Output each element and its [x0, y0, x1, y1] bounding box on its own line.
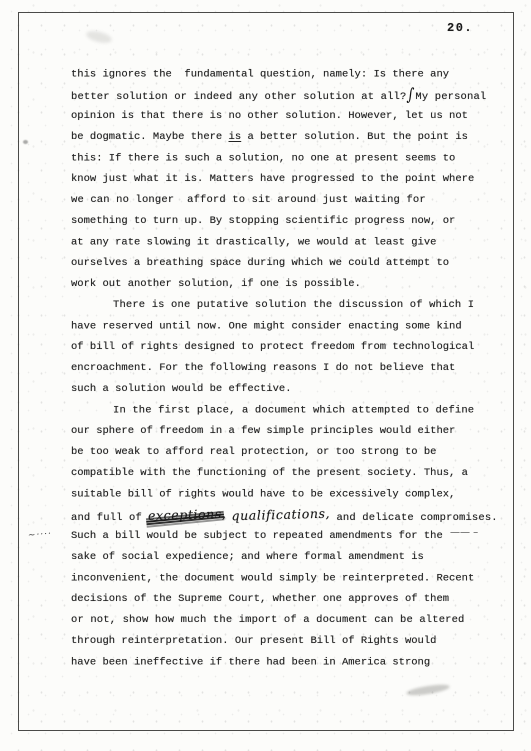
text-line: our sphere of freedom in a few simple pr… [71, 421, 471, 442]
text-line: something to turn up. By stopping scient… [71, 211, 471, 232]
text-line: and full of exceptions, qualifications, … [71, 505, 471, 526]
typewritten-text: and full of [71, 512, 148, 524]
typewritten-text: Such a bill would be subject to repeated… [71, 530, 443, 542]
typewritten-text: suitable bill of rights would have to be… [71, 488, 455, 500]
page-number: 20. [447, 21, 473, 35]
text-line: at any rate slowing it drastically, we w… [71, 232, 471, 253]
text-line: better solution or indeed any other solu… [71, 85, 471, 106]
typewritten-text: My personal [415, 91, 486, 103]
text-line: ourselves a breathing space during which… [71, 253, 471, 274]
underlined-text: is [229, 131, 242, 143]
typewritten-text: be too weak to afford real protection, o… [71, 446, 436, 458]
text-line: be dogmatic. Maybe there is a better sol… [71, 127, 471, 148]
handwritten-annotation: exceptions, [148, 503, 227, 526]
typewritten-text: opinion is that there is no other soluti… [71, 110, 468, 122]
text-line: There is one putative solution the discu… [71, 295, 471, 316]
text-line: we can no longer afford to sit around ju… [71, 190, 471, 211]
typewritten-text: or not, show how much the import of a do… [71, 614, 465, 626]
typewritten-text: this: If there is such a solution, no on… [71, 152, 455, 164]
typewritten-text: such a solution would be effective. [71, 383, 292, 395]
text-line: know just what it is. Matters have progr… [71, 169, 471, 190]
typewritten-text: our sphere of freedom in a few simple pr… [71, 425, 455, 437]
typewritten-text: be dogmatic. Maybe there [71, 131, 229, 143]
typewritten-text: decisions of the Supreme Court, whether … [71, 593, 449, 605]
typewritten-text: inconvenient, the document would simply … [71, 572, 474, 584]
scan-smudge [85, 29, 113, 45]
text-line: this: If there is such a solution, no on… [71, 148, 471, 169]
typewritten-text: through reinterpretation. Our present Bi… [71, 635, 436, 647]
text-line: be too weak to afford real protection, o… [71, 442, 471, 463]
handwritten-annotation: qualifications, [227, 503, 331, 527]
text-line: inconvenient, the document would simply … [71, 568, 471, 589]
handwritten-margin-mark-left: ~···· [28, 529, 53, 541]
document-text: this ignores the fundamental question, n… [71, 64, 471, 673]
typewritten-text: at any rate slowing it drastically, we w… [71, 236, 436, 248]
typewritten-text: There is one putative solution the discu… [113, 299, 474, 311]
typewritten-text: In the first place, a document which att… [113, 404, 474, 416]
typewritten-text: of bill of rights designed to protect fr… [71, 341, 474, 353]
typewritten-text: encroachment. For the following reasons … [71, 362, 455, 374]
typewritten-text: something to turn up. By stopping scient… [71, 215, 455, 227]
text-line: In the first place, a document which att… [71, 400, 471, 421]
text-line: of bill of rights designed to protect fr… [71, 337, 471, 358]
typewritten-text: sake of social expedience; and where for… [71, 551, 424, 563]
typewritten-text: a better solution. But the point is [241, 131, 468, 143]
typewritten-text: this ignores the fundamental question, n… [71, 68, 449, 80]
text-line: compatible with the functioning of the p… [71, 463, 471, 484]
typewritten-text: compatible with the functioning of the p… [71, 467, 468, 479]
text-line: work out another solution, if one is pos… [71, 274, 471, 295]
text-line: have been ineffective if there had been … [71, 652, 471, 673]
text-line: suitable bill of rights would have to be… [71, 484, 471, 505]
text-line: decisions of the Supreme Court, whether … [71, 589, 471, 610]
scanned-typewritten-page: 20. this ignores the fundamental questio… [0, 0, 531, 751]
typewritten-text: we can no longer afford to sit around ju… [71, 194, 426, 206]
text-line: encroachment. For the following reasons … [71, 358, 471, 379]
typewritten-text: and delicate compromises. [330, 512, 498, 524]
typewritten-text: have been ineffective if there had been … [71, 656, 430, 668]
typewritten-text: know just what it is. Matters have progr… [71, 173, 474, 185]
typewritten-text: work out another solution, if one is pos… [71, 278, 361, 290]
text-line: or not, show how much the import of a do… [71, 610, 471, 631]
typewritten-text: better solution or indeed any other solu… [71, 91, 406, 103]
text-line: have reserved until now. One might consi… [71, 316, 471, 337]
scan-smudge [406, 683, 451, 698]
text-line: such a solution would be effective. [71, 379, 471, 400]
text-line: through reinterpretation. Our present Bi… [71, 631, 471, 652]
text-line: Such a bill would be subject to repeated… [71, 526, 471, 547]
typewritten-text: have reserved until now. One might consi… [71, 320, 462, 332]
scan-smudge [23, 140, 28, 144]
typewritten-text: ourselves a breathing space during which… [71, 257, 449, 269]
handwritten-margin-mark-right: —— – [450, 527, 478, 538]
text-line: sake of social expedience; and where for… [71, 547, 471, 568]
